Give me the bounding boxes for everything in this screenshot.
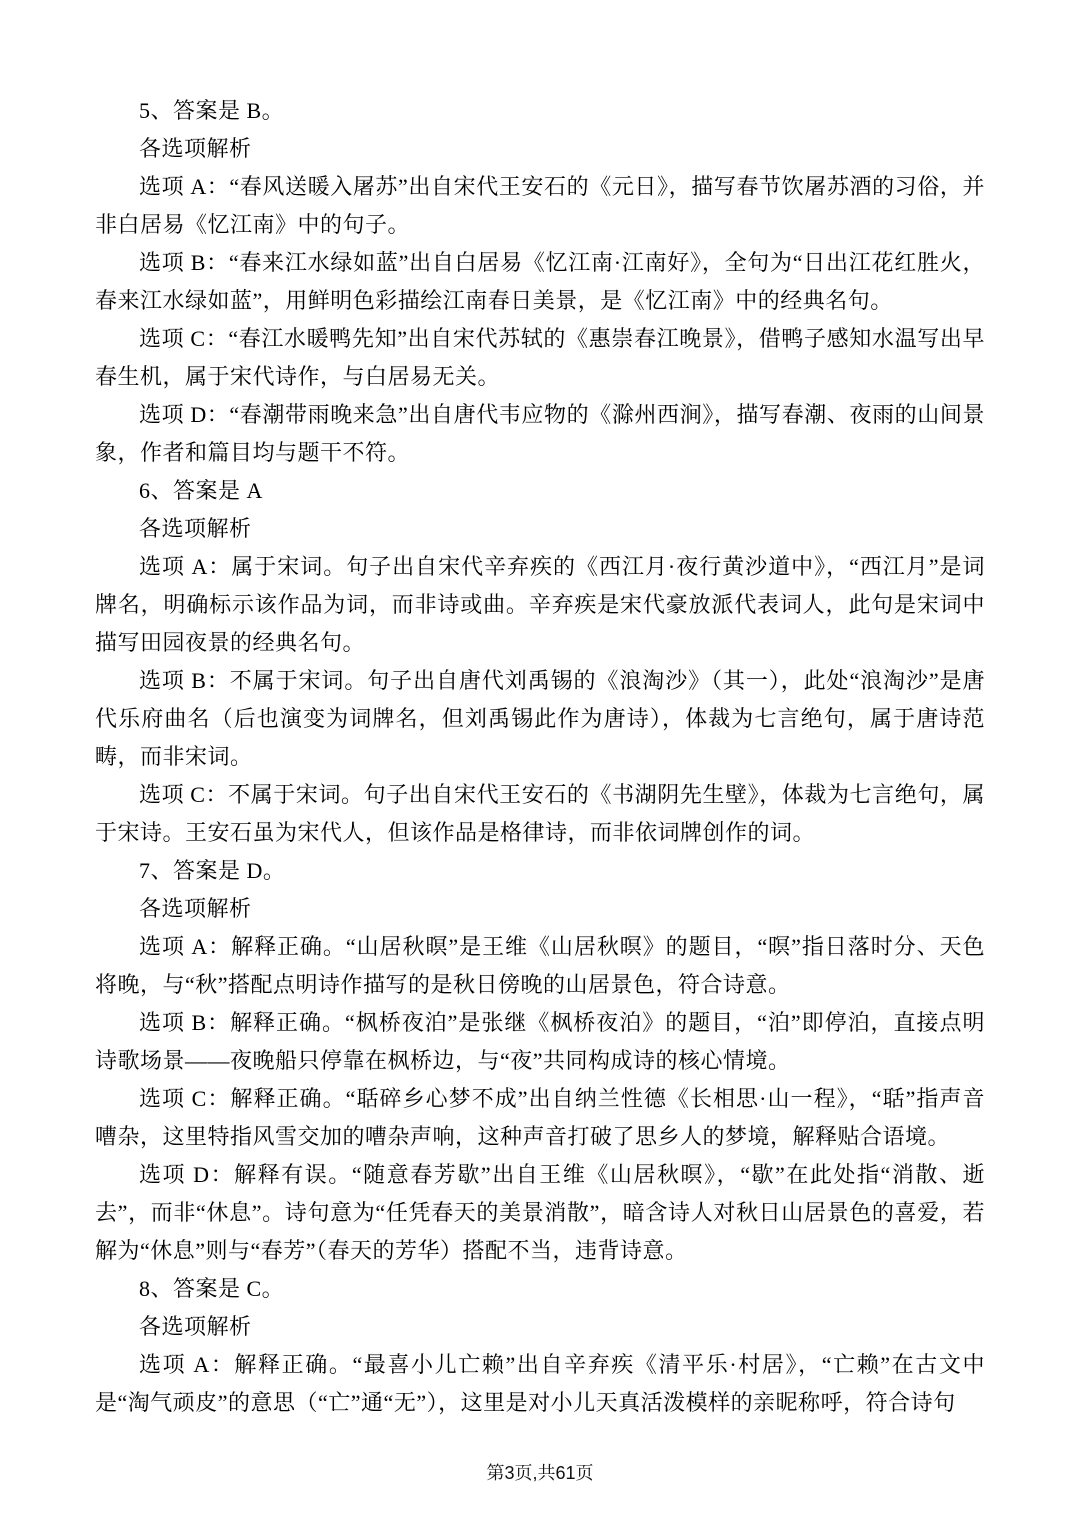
- paragraph-analysis-header-7: 各选项解析: [95, 890, 985, 928]
- paragraph-q6-option-a: 选项 A：属于宋词。句子出自宋代辛弃疾的《西江月·夜行黄沙道中》，“西江月”是词…: [95, 548, 985, 662]
- paragraph-q5-option-a: 选项 A：“春风送暖入屠苏”出自宋代王安石的《元日》，描写春节饮屠苏酒的习俗，并…: [95, 168, 985, 244]
- paragraph-q7-option-b: 选项 B：解释正确。“枫桥夜泊”是张继《枫桥夜泊》的题目，“泊”即停泊，直接点明…: [95, 1004, 985, 1080]
- paragraph-q5-option-d: 选项 D：“春潮带雨晚来急”出自唐代韦应物的《滁州西涧》，描写春潮、夜雨的山间景…: [95, 396, 985, 472]
- document-page: 5、答案是 B。 各选项解析 选项 A：“春风送暖入屠苏”出自宋代王安石的《元日…: [0, 0, 1080, 1527]
- paragraph-answer-8: 8、答案是 C。: [95, 1270, 985, 1308]
- paragraph-q7-option-c: 选项 C：解释正确。“聒碎乡心梦不成”出自纳兰性德《长相思·山一程》，“聒”指声…: [95, 1080, 985, 1156]
- paragraph-q8-option-a: 选项 A：解释正确。“最喜小儿亡赖”出自辛弃疾《清平乐·村居》，“亡赖”在古文中…: [95, 1346, 985, 1422]
- paragraph-analysis-header-5: 各选项解析: [95, 130, 985, 168]
- paragraph-answer-5: 5、答案是 B。: [95, 92, 985, 130]
- paragraph-analysis-header-8: 各选项解析: [95, 1308, 985, 1346]
- paragraph-q6-option-b: 选项 B：不属于宋词。句子出自唐代刘禹锡的《浪淘沙》（其一），此处“浪淘沙”是唐…: [95, 662, 985, 776]
- paragraph-answer-7: 7、答案是 D。: [95, 852, 985, 890]
- paragraph-q6-option-c: 选项 C：不属于宋词。句子出自宋代王安石的《书湖阴先生壁》，体裁为七言绝句，属于…: [95, 776, 985, 852]
- document-body: 5、答案是 B。 各选项解析 选项 A：“春风送暖入屠苏”出自宋代王安石的《元日…: [95, 92, 985, 1422]
- paragraph-analysis-header-6: 各选项解析: [95, 510, 985, 548]
- paragraph-answer-6: 6、答案是 A: [95, 472, 985, 510]
- paragraph-q7-option-a: 选项 A：解释正确。“山居秋暝”是王维《山居秋暝》的题目，“暝”指日落时分、天色…: [95, 928, 985, 1004]
- paragraph-q7-option-d: 选项 D：解释有误。“随意春芳歇”出自王维《山居秋暝》，“歇”在此处指“消散、逝…: [95, 1156, 985, 1270]
- paragraph-q5-option-b: 选项 B：“春来江水绿如蓝”出自白居易《忆江南·江南好》，全句为“日出江花红胜火…: [95, 244, 985, 320]
- page-number: 第3页,共61页: [0, 1459, 1080, 1485]
- paragraph-q5-option-c: 选项 C：“春江水暖鸭先知”出自宋代苏轼的《惠崇春江晚景》，借鸭子感知水温写出早…: [95, 320, 985, 396]
